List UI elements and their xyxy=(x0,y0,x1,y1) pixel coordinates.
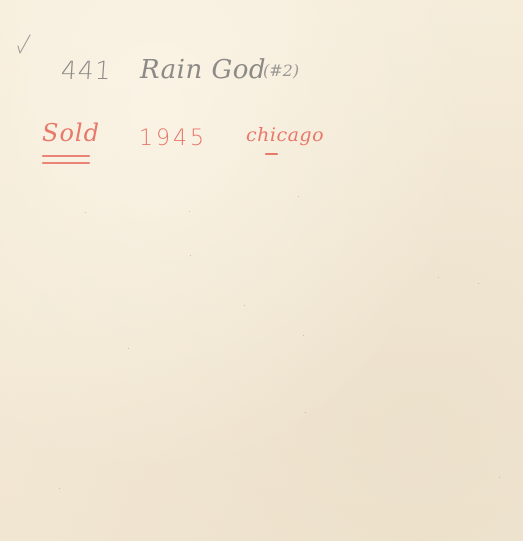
paper-speck xyxy=(190,255,191,256)
artwork-title: Rain God xyxy=(140,57,266,83)
sale-location-underline xyxy=(265,153,278,155)
sale-year: 1945 xyxy=(139,128,207,150)
paper-speck xyxy=(305,412,306,413)
check-mark-icon xyxy=(17,33,31,55)
paper-speck xyxy=(59,488,60,489)
paper-speck xyxy=(128,348,129,349)
sale-status: Sold xyxy=(42,121,100,145)
sale-status-underline xyxy=(42,162,90,164)
edition-note: (#2) xyxy=(263,63,299,79)
paper-speck xyxy=(478,283,479,284)
paper-speck xyxy=(85,212,86,213)
catalog-number: 441 xyxy=(60,58,112,83)
paper-speck xyxy=(499,477,500,478)
paper-speck xyxy=(244,305,245,306)
paper-speck xyxy=(298,196,299,197)
paper-speck xyxy=(189,211,190,212)
sale-status-underline xyxy=(42,155,90,157)
catalog-card: 441 Rain God (#2) Sold 1945 chicago xyxy=(0,0,523,541)
sale-location: chicago xyxy=(246,126,324,145)
paper-speck xyxy=(438,277,439,278)
paper-speck xyxy=(303,335,304,336)
